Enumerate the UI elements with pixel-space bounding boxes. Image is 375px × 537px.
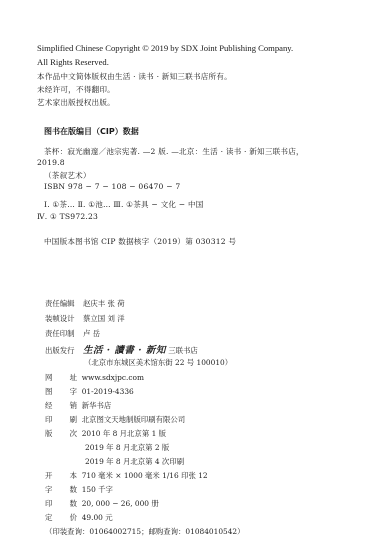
- detail-label: 字: [45, 484, 52, 495]
- detail-value: 新华书店: [82, 401, 112, 410]
- detail-label: 网: [45, 372, 52, 383]
- detail-label: 定: [45, 512, 52, 523]
- cip-approval-number: 中国版本图书馆 CIP 数据核字（2019）第 030312 号: [44, 236, 236, 247]
- detail-value: 49.00 元: [82, 513, 113, 522]
- no-reprint-notice: 未经许可，不得翻印。: [37, 84, 115, 95]
- credit-value: 赵庆丰 张 荷: [83, 299, 125, 308]
- detail-label: 销: [70, 400, 77, 411]
- detail-label: 开: [45, 470, 52, 481]
- copyright-chinese-line: 本作品中文简体版权由生活 · 读书 · 新知三联书店所有。: [37, 71, 232, 82]
- publisher-brand-logo: 生活 · 讀書 · 新知: [83, 345, 166, 356]
- detail-label: 经: [45, 400, 52, 411]
- detail-value: 01-2019-4336: [82, 387, 134, 396]
- detail-value: 北京图文天地制版印刷有限公司: [82, 415, 185, 424]
- credit-row: 责任印制卢 岳: [45, 328, 100, 339]
- credit-label: 责任印制: [45, 328, 83, 339]
- detail-label: 价: [70, 512, 77, 523]
- credit-value: 三联书店: [168, 346, 198, 355]
- cip-subject-line2: Ⅳ. ① TS972.23: [37, 212, 98, 221]
- publisher-address: （北京市东城区美术馆东街 22 号 100010）: [84, 357, 232, 368]
- detail-label: 刷: [70, 414, 77, 425]
- detail-label: 数: [70, 498, 77, 509]
- credit-row-publisher: 出版发行生活 · 讀書 · 新知 三联书店: [45, 342, 198, 356]
- detail-row-distributor: 经销 新华书店: [45, 400, 111, 411]
- detail-row-edition: 版次 2010 年 8 月北京第 1 版: [45, 428, 166, 439]
- credit-row: 装帧设计蔡立国 刘 洋: [45, 313, 125, 324]
- detail-label: 图: [45, 386, 52, 397]
- website-link[interactable]: www.sdxjpc.com: [82, 373, 144, 382]
- credit-value: 卢 岳: [83, 329, 100, 338]
- cip-entry-line1: 茶杯：寂光幽邃／池宗宪著. —2 版. —北京：生活 · 读书 · 新知三联书店…: [44, 146, 304, 157]
- detail-label: 版: [45, 428, 52, 439]
- detail-label: 数: [70, 484, 77, 495]
- detail-label: 本: [70, 470, 77, 481]
- detail-row-print-run: 印数 20, 000 − 26, 000 册: [45, 498, 159, 509]
- credit-label: 责任编辑: [45, 298, 83, 309]
- contact-info: （印装查询：01064002715；邮购查询：01084010542）: [45, 526, 245, 537]
- edition-extra-line: 2019 年 8 月北京第 2 版: [85, 442, 169, 453]
- detail-label: 字: [70, 386, 77, 397]
- cip-series: （茶叙艺术）: [44, 170, 91, 181]
- credit-label: 出版发行: [45, 345, 83, 356]
- cip-isbn: ISBN 978 − 7 − 108 − 06470 − 7: [44, 182, 180, 191]
- detail-value: 20, 000 − 26, 000 册: [82, 499, 159, 508]
- detail-row-word-count: 字数 150 千字: [45, 484, 113, 495]
- authorization-notice: 艺术家出版授权出版。: [37, 97, 115, 108]
- credit-value: 蔡立国 刘 洋: [83, 314, 125, 323]
- copyright-english-line: Simplified Chinese Copyright © 2019 by S…: [37, 43, 293, 53]
- detail-label: 址: [70, 372, 77, 383]
- detail-label: 印: [45, 498, 52, 509]
- detail-row-printer: 印刷 北京图文天地制版印刷有限公司: [45, 414, 185, 425]
- edition-extra-line: 2019 年 8 月北京第 4 次印刷: [85, 456, 184, 467]
- detail-row-format: 开本 710 毫米 × 1000 毫米 1/16 印张 12: [45, 470, 208, 481]
- detail-label: 印: [45, 414, 52, 425]
- detail-value: 2010 年 8 月北京第 1 版: [82, 429, 166, 438]
- detail-value: 710 毫米 × 1000 毫米 1/16 印张 12: [82, 471, 208, 480]
- detail-value: 150 千字: [82, 485, 113, 494]
- cip-title: 图书在版编目（CIP）数据: [44, 126, 139, 137]
- rights-reserved-line: All Rights Reserved.: [37, 57, 109, 67]
- cip-entry-line2: 2019.8: [37, 158, 65, 167]
- credit-label: 装帧设计: [45, 313, 83, 324]
- credit-row: 责任编辑赵庆丰 张 荷: [45, 298, 125, 309]
- detail-row-price: 定价 49.00 元: [45, 512, 113, 523]
- detail-label: 次: [70, 428, 77, 439]
- detail-row-website: 网址 www.sdxjpc.com: [45, 372, 144, 383]
- cip-subject-line1: Ⅰ. ①茶… Ⅱ. ①池… Ⅲ. ①茶具 − 文化 − 中国: [44, 199, 204, 210]
- detail-row-registration: 图字 01-2019-4336: [45, 386, 134, 397]
